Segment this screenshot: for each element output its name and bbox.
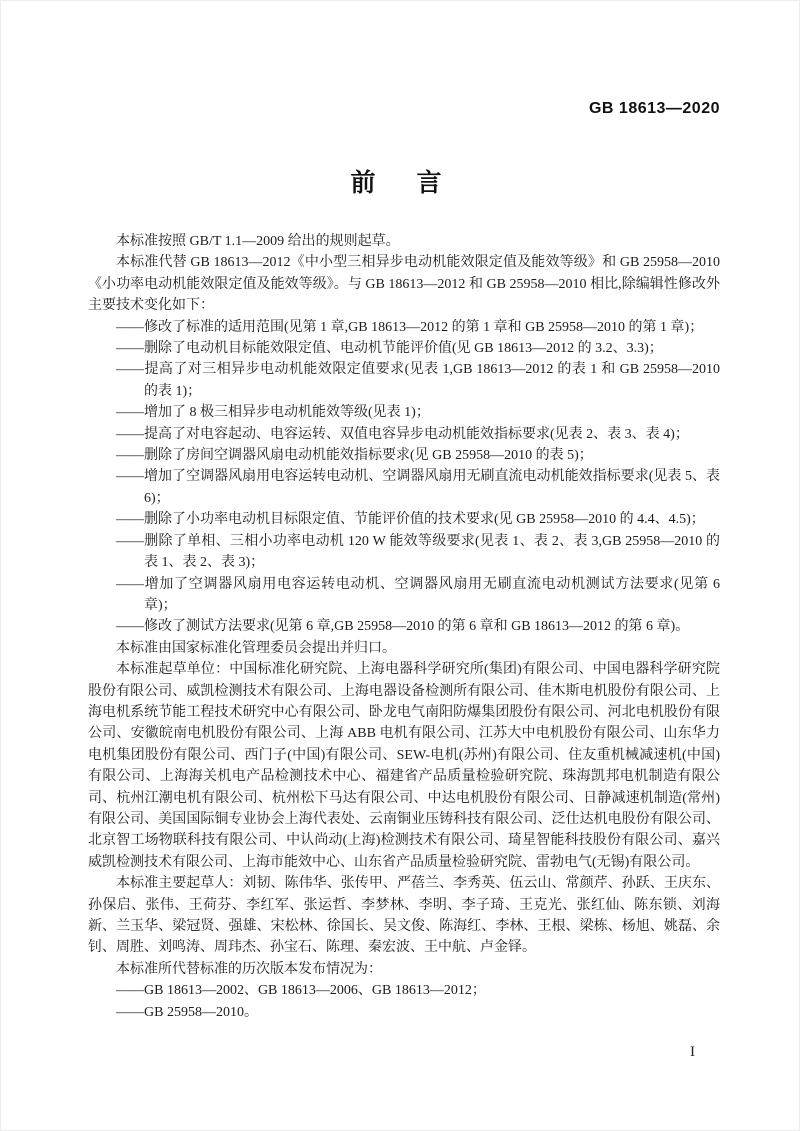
page-number: I: [690, 1044, 695, 1061]
page-title: 前 言: [0, 163, 800, 199]
paragraph-replacement-intro: 本标准代替 GB 18613—2012《中小型三相异步电动机能效限定值及能效等级…: [88, 252, 720, 316]
paragraph-history-intro: 本标准所代替标准的历次版本发布情况为：: [88, 959, 720, 980]
paragraph-main-drafters: 本标准主要起草人：刘韧、陈伟华、张传甲、严蓓兰、李秀英、伍云山、常颜芹、孙跃、王…: [88, 873, 720, 959]
foreword-body: 本标准按照 GB/T 1.1—2009 给出的规则起草。 本标准代替 GB 18…: [88, 231, 720, 1023]
change-item: ——提高了对电容起动、电容运转、双值电容异步电动机能效指标要求(见表 2、表 3…: [144, 424, 720, 445]
doc-number: GB 18613—2020: [589, 100, 720, 118]
history-item: ——GB 18613—2002、GB 18613—2006、GB 18613—2…: [144, 980, 720, 1001]
paragraph-drafting-basis: 本标准按照 GB/T 1.1—2009 给出的规则起草。: [88, 231, 720, 252]
history-item: ——GB 25958—2010。: [144, 1002, 720, 1023]
change-item: ——提高了对三相异步电动机能效限定值要求(见表 1,GB 18613—2012 …: [144, 359, 720, 402]
change-item: ——删除了小功率电动机目标限定值、节能评价值的技术要求(见 GB 25958—2…: [144, 509, 720, 530]
change-item: ——删除了房间空调器风扇电动机能效指标要求(见 GB 25958—2010 的表…: [144, 445, 720, 466]
change-item: ——修改了标准的适用范围(见第 1 章,GB 18613—2012 的第 1 章…: [144, 317, 720, 338]
history-list: ——GB 18613—2002、GB 18613—2006、GB 18613—2…: [88, 980, 720, 1023]
paragraph-drafting-units: 本标准起草单位：中国标准化研究院、上海电器科学研究所(集团)有限公司、中国电器科…: [88, 659, 720, 873]
change-item: ——修改了测试方法要求(见第 6 章,GB 25958—2010 的第 6 章和…: [144, 616, 720, 637]
change-item: ——删除了电动机目标能效限定值、电动机节能评价值(见 GB 18613—2012…: [144, 338, 720, 359]
change-item: ——增加了空调器风扇用电容运转电动机、空调器风扇用无刷直流电动机能效指标要求(见…: [144, 466, 720, 509]
change-item: ——删除了单相、三相小功率电动机 120 W 能效等级要求(见表 1、表 2、表…: [144, 531, 720, 574]
change-item: ——增加了 8 极三相异步电动机能效等级(见表 1)；: [144, 402, 720, 423]
paragraph-issuer: 本标准由国家标准化管理委员会提出并归口。: [88, 638, 720, 659]
standard-foreword-page: GB 18613—2020 前 言 本标准按照 GB/T 1.1—2009 给出…: [0, 0, 800, 1131]
changes-list: ——修改了标准的适用范围(见第 1 章,GB 18613—2012 的第 1 章…: [88, 317, 720, 638]
change-item: ——增加了空调器风扇用电容运转电动机、空调器风扇用无刷直流电动机测试方法要求(见…: [144, 574, 720, 617]
